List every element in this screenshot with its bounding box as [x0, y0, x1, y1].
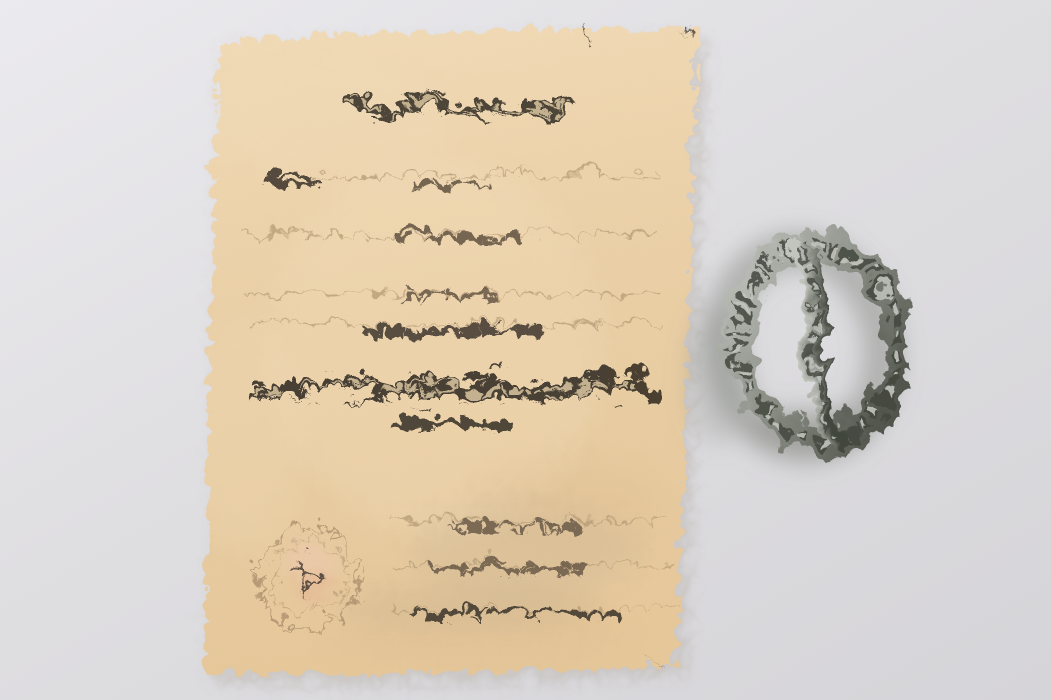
photo-svg	[0, 0, 1051, 700]
award-document	[180, 15, 700, 678]
photo-backdrop	[0, 0, 1051, 700]
paper-stain	[340, 578, 590, 622]
paper-stain	[190, 60, 450, 170]
paper-stain	[180, 310, 300, 550]
